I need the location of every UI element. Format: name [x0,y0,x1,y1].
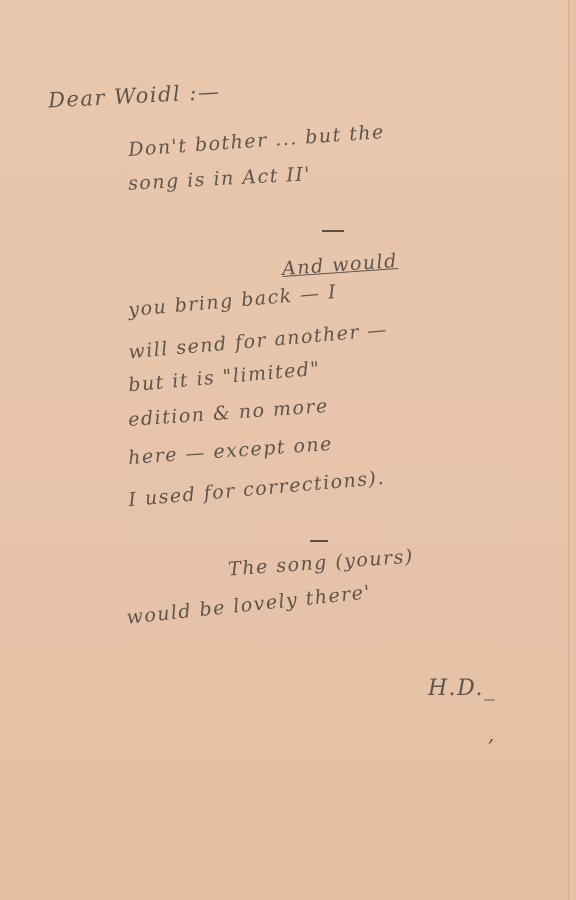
letter-page: Dear Woidl :— Don't bother ... but the s… [0,0,568,900]
signature: H.D._ [428,676,497,701]
letter-line-3: And would [281,250,398,280]
page-edge [568,0,576,900]
letter-line-1: Don't bother ... but the [128,121,386,161]
letter-line-6: but it is "limited" [127,358,321,397]
salutation: Dear Woidl :— [47,80,220,113]
letter-line-10: The song (yours) [227,546,414,581]
letter-line-4: you bring back — I [127,281,338,321]
letter-line-2: song is in Act II' [128,163,312,195]
letter-line-7: edition & no more [127,395,329,431]
letter-line-9: I used for corrections). [128,467,386,511]
section-dash [310,540,328,542]
stray-mark: , [488,722,496,746]
letter-line-8: here — except one [127,433,333,469]
section-dash [322,230,344,232]
letter-line-11: would be lovely there' [126,581,373,629]
letter-line-5: will send for another — [128,319,389,364]
